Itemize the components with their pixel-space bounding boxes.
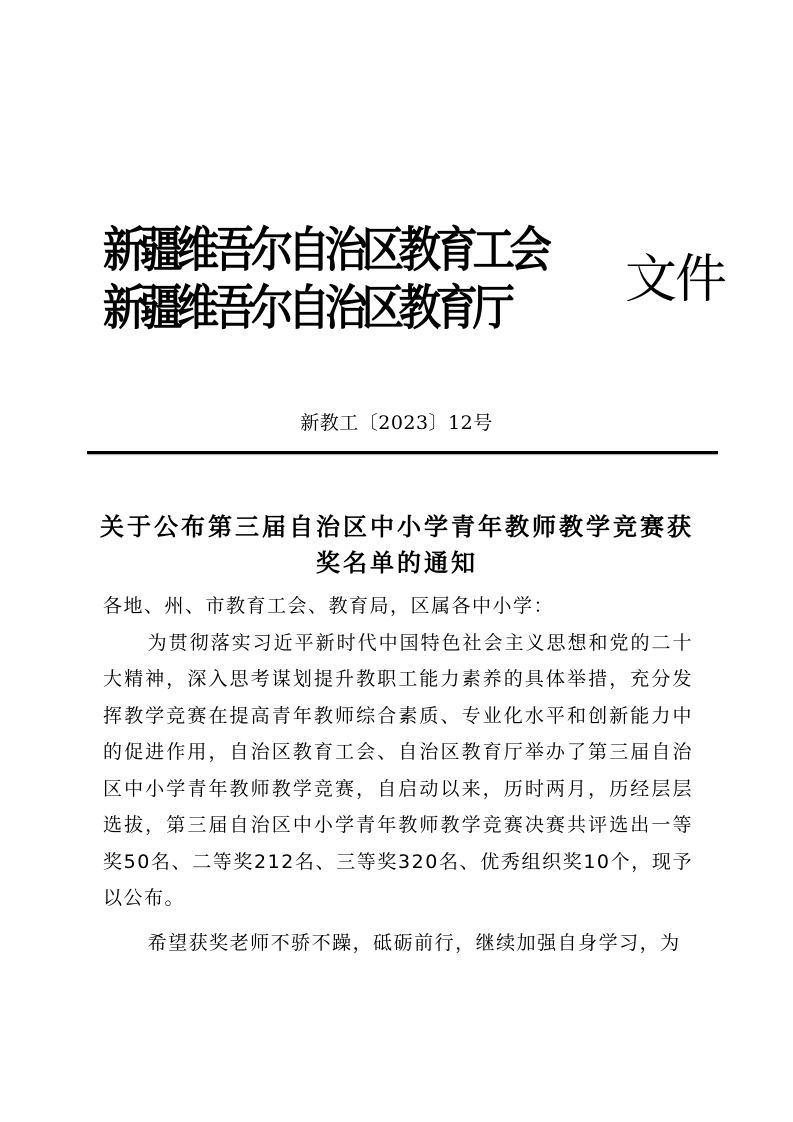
issuer-education-department: 新疆维吾尔自治区教育厅 [103,280,510,336]
document-type-label: 文件 [625,250,725,310]
header-divider-rule [87,451,718,454]
body-paragraph-1: 为贯彻落实习近平新时代中国特色社会主义思想和党的二十大精神，深入思考谋划提升教职… [103,625,693,917]
issuer-education-union: 新疆维吾尔自治区教育工会 [103,222,547,278]
notice-body: 各地、州、市教育工会、教育局，区属各中小学： 为贯彻落实习近平新时代中国特色社会… [103,588,693,961]
document-number: 新教工〔2023〕12号 [0,411,793,435]
document-header: 新疆维吾尔自治区教育工会 新疆维吾尔自治区教育厅 文件 [103,222,733,342]
body-paragraph-2: 希望获奖老师不骄不躁，砥砺前行，继续加强自身学习，为 [103,925,693,962]
salutation: 各地、州、市教育工会、教育局，区属各中小学： [103,588,693,625]
notice-title: 关于公布第三届自治区中小学青年教师教学竞赛获奖名单的通知 [100,509,694,581]
